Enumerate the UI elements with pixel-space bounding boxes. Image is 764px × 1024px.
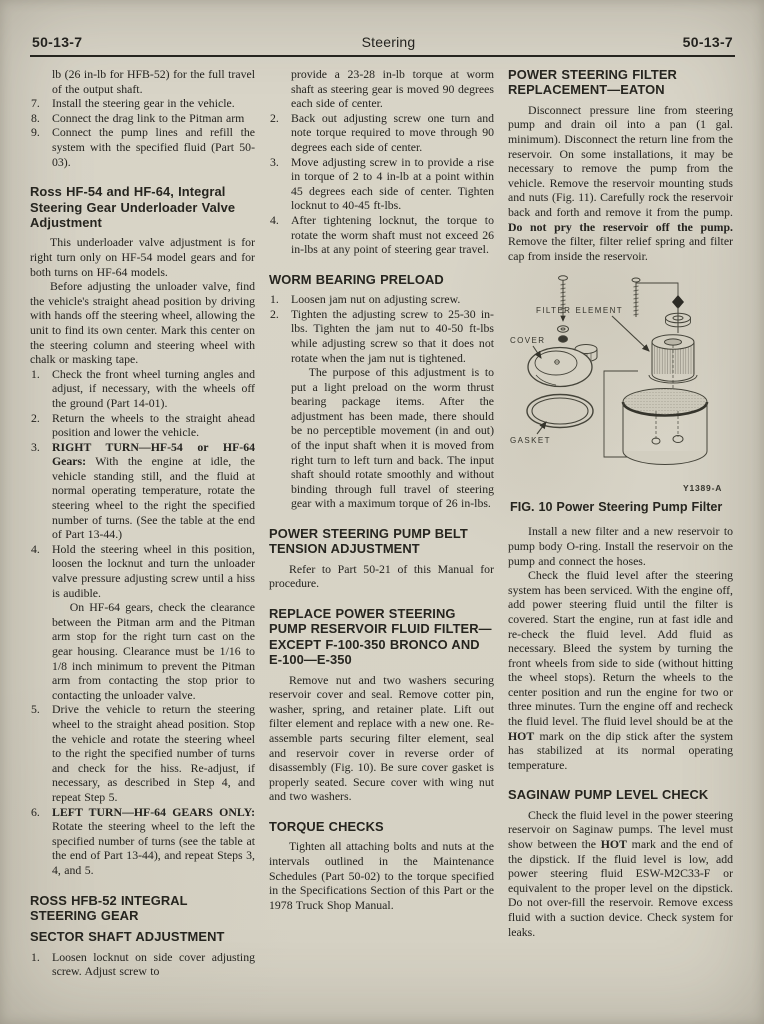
paragraph: Install a new filter and a new reservoir… <box>508 524 733 568</box>
list-item-text: Loosen locknut on side cover adjusting s… <box>52 950 255 979</box>
list-item: 7.Install the steering gear in the vehic… <box>30 96 255 111</box>
text-run: Back out adjusting screw one turn and no… <box>291 111 494 154</box>
list-item-text: Connect the drag link to the Pitman arm <box>52 111 255 126</box>
text-run: Ross HF-54 and HF-64, Integral Steering … <box>30 184 235 230</box>
gasket-label: GASKET <box>510 436 551 445</box>
list-item: 4.Hold the steering wheel in this positi… <box>30 542 255 600</box>
text-run: On HF-64 gears, check the clearance betw… <box>52 600 255 702</box>
text-run: POWER STEERING FILTER REPLACEMENT—EATON <box>508 67 677 97</box>
paragraph: Check the fluid level in the power steer… <box>508 808 733 939</box>
text-run: This underloader valve adjustment is for… <box>30 235 255 278</box>
text-run: Before adjusting the unloader valve, fin… <box>30 279 255 366</box>
figure-code: Y1389-A <box>683 483 722 493</box>
cover-label: COVER <box>510 336 545 345</box>
text-run: Loosen jam nut on adjusting screw. <box>291 292 460 306</box>
paragraph: Before adjusting the unloader valve, fin… <box>30 279 255 367</box>
text-run: TORQUE CHECKS <box>269 819 384 834</box>
list-item: 2.Tighten the adjusting screw to 25-30 i… <box>269 307 494 365</box>
page-number-right: 50-13-7 <box>683 34 733 50</box>
figure-caption: FIG. 10 Power Steering Pump Filter <box>510 500 733 515</box>
column-left: lb (26 in-lb for HFB-52) for the full tr… <box>30 67 255 979</box>
list-item: 1.Loosen locknut on side cover adjusting… <box>30 950 255 979</box>
list-item: 2.Return the wheels to the straight ahea… <box>30 411 255 440</box>
filter-element-label: FILTER ELEMENT <box>536 306 623 315</box>
section-heading: POWER STEERING FILTER REPLACEMENT—EATON <box>508 67 733 98</box>
list-item-text: Connect the pump lines and refill the sy… <box>52 125 255 169</box>
paragraph: provide a 23-28 in-lb torque at worm sha… <box>291 67 494 111</box>
list-number: 9. <box>31 125 40 140</box>
list-number: 6. <box>31 805 40 820</box>
text-run: Install a new filter and a new reservoir… <box>508 524 733 567</box>
text-run: SAGINAW PUMP LEVEL CHECK <box>508 787 708 802</box>
section-heading: WORM BEARING PRELOAD <box>269 272 494 287</box>
text-run: WORM BEARING PRELOAD <box>269 272 444 287</box>
text-run: Return the wheels to the straight ahead … <box>52 411 255 440</box>
page-title: Steering <box>362 34 416 50</box>
page-number-left: 50-13-7 <box>32 34 82 50</box>
paragraph: Tighten all attaching bolts and nuts at … <box>269 839 494 912</box>
text-run: Connect the pump lines and refill the sy… <box>52 125 255 168</box>
text-run: Rotate the steering wheel to the left th… <box>52 819 255 877</box>
text-run: Tighten all attaching bolts and nuts at … <box>269 839 494 911</box>
list-item-text: Tighten the adjusting screw to 25-30 in-… <box>291 307 494 365</box>
text-run: The purpose of this adjustment is to put… <box>291 365 494 510</box>
list-number: 4. <box>270 213 279 228</box>
text-run: lb (26 in-lb for HFB-52) for the full tr… <box>52 67 255 96</box>
pump-filter-diagram: FILTER ELEMENT COVER GASKET Y1389-A <box>508 271 733 499</box>
list-item: 6.LEFT TURN—HF-64 GEARS ONLY: Rotate the… <box>30 805 255 878</box>
list-item: 3.Move adjusting screw in to provide a r… <box>269 155 494 213</box>
list-number: 3. <box>31 440 40 455</box>
column-middle: provide a 23-28 in-lb torque at worm sha… <box>269 67 494 979</box>
bold-text-run: HOT <box>508 729 534 743</box>
text-run: POWER STEERING PUMP BELT TENSION ADJUSTM… <box>269 526 468 556</box>
paragraph: On HF-64 gears, check the clearance betw… <box>52 600 255 702</box>
list-number: 7. <box>31 96 40 111</box>
text-run: Tighten the adjusting screw to 25-30 in-… <box>291 307 494 365</box>
list-number: 1. <box>31 950 40 965</box>
list-item-text: Move adjusting screw in to provide a ris… <box>291 155 494 213</box>
list-item: 1.Check the front wheel turning angles a… <box>30 367 255 411</box>
text-run: Disconnect pressure line from steering p… <box>508 103 733 219</box>
list-item-text: LEFT TURN—HF-64 GEARS ONLY: Rotate the s… <box>52 805 255 878</box>
section-heading: ROSS HFB-52 INTEGRAL STEERING GEAR <box>30 893 255 924</box>
paragraph: Disconnect pressure line from steering p… <box>508 103 733 264</box>
list-number: 1. <box>31 367 40 382</box>
bold-text-run: Do not pry the reservoir off the pump. <box>508 220 733 234</box>
text-run: Remove the filter, filter relief spring … <box>508 234 733 263</box>
list-item: 8.Connect the drag link to the Pitman ar… <box>30 111 255 126</box>
section-heading: REPLACE POWER STEERING PUMP RESERVOIR FL… <box>269 606 494 668</box>
list-item-text: Install the steering gear in the vehicle… <box>52 96 255 111</box>
text-run: mark on the dip stick after the system h… <box>508 729 733 772</box>
paragraph: Refer to Part 50-21 of this Manual for p… <box>269 562 494 591</box>
section-heading: TORQUE CHECKS <box>269 819 494 834</box>
list-item-text: Drive the vehicle to return the steering… <box>52 702 255 804</box>
figure-power-steering-pump-filter: FILTER ELEMENT COVER GASKET Y1389-A FIG.… <box>508 271 733 515</box>
bold-text-run: LEFT TURN—HF-64 GEARS ONLY: <box>52 805 255 819</box>
list-item-text: Loosen jam nut on adjusting screw. <box>291 292 494 307</box>
list-number: 2. <box>270 307 279 322</box>
text-run: After tightening locknut, the torque to … <box>291 213 494 256</box>
text-run: Install the steering gear in the vehicle… <box>52 96 235 110</box>
section-heading: POWER STEERING PUMP BELT TENSION ADJUSTM… <box>269 526 494 557</box>
list-number: 1. <box>270 292 279 307</box>
section-heading: SAGINAW PUMP LEVEL CHECK <box>508 787 733 802</box>
bold-text-run: HOT <box>601 837 627 851</box>
list-number: 4. <box>31 542 40 557</box>
manual-page: 50-13-7 Steering 50-13-7 lb (26 in-lb fo… <box>0 0 764 1024</box>
list-item-text: Back out adjusting screw one turn and no… <box>291 111 494 155</box>
text-run: Move adjusting screw in to provide a ris… <box>291 155 494 213</box>
text-run: SECTOR SHAFT ADJUSTMENT <box>30 929 224 944</box>
list-item: 5.Drive the vehicle to return the steeri… <box>30 702 255 804</box>
section-heading: Ross HF-54 and HF-64, Integral Steering … <box>30 184 255 230</box>
list-item-text: After tightening locknut, the torque to … <box>291 213 494 257</box>
list-item: 2.Back out adjusting screw one turn and … <box>269 111 494 155</box>
list-number: 3. <box>270 155 279 170</box>
text-run: Drive the vehicle to return the steering… <box>52 702 255 804</box>
section-heading: SECTOR SHAFT ADJUSTMENT <box>30 929 255 944</box>
text-run: Connect the drag link to the Pitman arm <box>52 111 244 125</box>
list-number: 8. <box>31 111 40 126</box>
paragraph: This underloader valve adjustment is for… <box>30 235 255 279</box>
list-item-text: Hold the steering wheel in this position… <box>52 542 255 600</box>
paragraph: Remove nut and two washers securing rese… <box>269 673 494 804</box>
paragraph: The purpose of this adjustment is to put… <box>291 365 494 511</box>
text-run: Check the fluid level after the steering… <box>508 568 733 728</box>
column-right: POWER STEERING FILTER REPLACEMENT—EATOND… <box>508 67 733 979</box>
list-item-text: RIGHT TURN—HF-54 or HF-64 Gears: With th… <box>52 440 255 542</box>
list-item: 9.Connect the pump lines and refill the … <box>30 125 255 169</box>
text-run: Loosen locknut on side cover adjusting s… <box>52 950 255 979</box>
list-number: 2. <box>270 111 279 126</box>
text-run: REPLACE POWER STEERING PUMP RESERVOIR FL… <box>269 606 492 667</box>
page-header: 50-13-7 Steering 50-13-7 <box>30 34 735 57</box>
text-run: provide a 23-28 in-lb torque at worm sha… <box>291 67 494 110</box>
list-item: 4.After tightening locknut, the torque t… <box>269 213 494 257</box>
list-item-text: Check the front wheel turning angles and… <box>52 367 255 411</box>
list-item-text: Return the wheels to the straight ahead … <box>52 411 255 440</box>
list-item: 1.Loosen jam nut on adjusting screw. <box>269 292 494 307</box>
text-run: Refer to Part 50-21 of this Manual for p… <box>269 562 494 591</box>
text-run: Remove nut and two washers securing rese… <box>269 673 494 804</box>
text-run: ROSS HFB-52 INTEGRAL STEERING GEAR <box>30 893 187 923</box>
list-number: 5. <box>31 702 40 717</box>
paragraph: lb (26 in-lb for HFB-52) for the full tr… <box>52 67 255 96</box>
paragraph: Check the fluid level after the steering… <box>508 568 733 772</box>
columns: lb (26 in-lb for HFB-52) for the full tr… <box>30 67 735 979</box>
list-item: 3.RIGHT TURN—HF-54 or HF-64 Gears: With … <box>30 440 255 542</box>
list-number: 2. <box>31 411 40 426</box>
text-run: mark and the end of the dipstick. If the… <box>508 837 733 939</box>
text-run: Check the front wheel turning angles and… <box>52 367 255 410</box>
text-run: Hold the steering wheel in this position… <box>52 542 255 600</box>
